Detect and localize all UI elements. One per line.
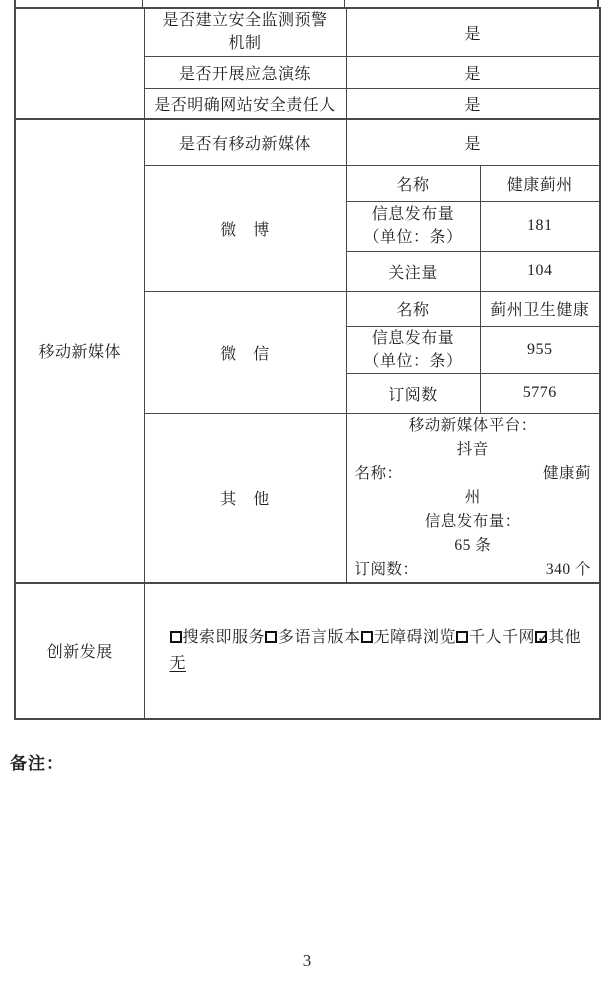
innovation-options-line: ✓搜索即服务✓多语言版本✓无障碍浏览✓千人千网✓其他	[170, 625, 590, 651]
weibo-name-label: 名称	[346, 165, 480, 201]
other-platform-name: 抖音	[355, 438, 592, 462]
innovation-other-value: 无	[170, 651, 590, 677]
wechat-publish-value: 955	[480, 326, 600, 373]
other-platform-heading: 移动新媒体平台：	[355, 414, 592, 438]
weibo-publish-value: 181	[480, 201, 600, 251]
wechat-name-label: 名称	[346, 291, 480, 326]
innovation-option-label: 无障碍浏览	[374, 629, 457, 646]
other-account-name-value-wrap: 州	[355, 486, 592, 510]
checkbox-icon-accessibility[interactable]: ✓	[361, 631, 373, 643]
wechat-name-value: 蓟州卫生健康	[480, 291, 600, 326]
mobile-media-section-label: 移动新媒体	[15, 119, 144, 583]
checkmark-icon: ✓	[537, 625, 550, 651]
has-mobile-media-value: 是	[346, 119, 600, 165]
annual-report-table: 是否建立安全监测预警 机制 是 是否开展应急演练 是 是否明确网站安全责任人 是…	[14, 7, 601, 720]
innovation-option-label: 千人千网	[469, 629, 535, 646]
wechat-subscribers-value: 5776	[480, 373, 600, 413]
wechat-platform-label: 微 信	[144, 291, 346, 413]
checkbox-icon-search-as-service[interactable]: ✓	[170, 631, 182, 643]
innovation-option-label: 多语言版本	[278, 629, 361, 646]
innovation-options-cell: ✓搜索即服务✓多语言版本✓无障碍浏览✓千人千网✓其他 无	[144, 583, 600, 719]
security-row-value: 是	[346, 56, 600, 88]
report-page: 是否建立安全监测预警 机制 是 是否开展应急演练 是 是否明确网站安全责任人 是…	[0, 0, 614, 985]
security-row-label: 是否明确网站安全责任人	[144, 88, 346, 119]
security-row-label: 是否建立安全监测预警 机制	[144, 8, 346, 56]
other-subscribers-line: 订阅数： 340 个	[355, 558, 592, 582]
wechat-publish-label: 信息发布量 （单位：条）	[346, 326, 480, 373]
other-account-name-line: 名称： 健康蓟	[355, 462, 592, 486]
security-section-label-cell	[15, 8, 144, 119]
security-row-label: 是否开展应急演练	[144, 56, 346, 88]
wechat-subscribers-label: 订阅数	[346, 373, 480, 413]
checkbox-icon-other[interactable]: ✓	[535, 631, 547, 643]
weibo-platform-label: 微 博	[144, 165, 346, 291]
other-publish-label: 信息发布量：	[355, 510, 592, 534]
other-publish-value: 65 条	[355, 534, 592, 558]
innovation-section-label: 创新发展	[15, 583, 144, 719]
other-subscribers-value: 340 个	[546, 558, 591, 582]
other-platform-label: 其 他	[144, 413, 346, 583]
checkbox-icon-multilanguage[interactable]: ✓	[265, 631, 277, 643]
remark-label: 备注：	[10, 749, 64, 774]
table-row: 是否建立安全监测预警 机制 是	[15, 8, 600, 56]
has-mobile-media-label: 是否有移动新媒体	[144, 119, 346, 165]
page-number: 3	[0, 951, 614, 971]
other-account-name-value: 健康蓟	[543, 462, 591, 486]
weibo-followers-value: 104	[480, 251, 600, 291]
other-platform-details-cell: 移动新媒体平台： 抖音 名称： 健康蓟 州 信息发布量： 65 条 订阅数： 3…	[346, 413, 600, 583]
security-row-value: 是	[346, 8, 600, 56]
weibo-name-value: 健康蓟州	[480, 165, 600, 201]
other-subscribers-label: 订阅数：	[355, 558, 419, 582]
security-row-value: 是	[346, 88, 600, 119]
weibo-followers-label: 关注量	[346, 251, 480, 291]
checkbox-icon-personalized-web[interactable]: ✓	[456, 631, 468, 643]
innovation-option-label: 其他	[548, 629, 581, 646]
weibo-publish-label: 信息发布量 （单位：条）	[346, 201, 480, 251]
table-row: 创新发展 ✓搜索即服务✓多语言版本✓无障碍浏览✓千人千网✓其他 无	[15, 583, 600, 719]
other-account-name-label: 名称：	[355, 462, 403, 486]
table-row: 移动新媒体 是否有移动新媒体 是	[15, 119, 600, 165]
innovation-option-label: 搜索即服务	[183, 629, 266, 646]
